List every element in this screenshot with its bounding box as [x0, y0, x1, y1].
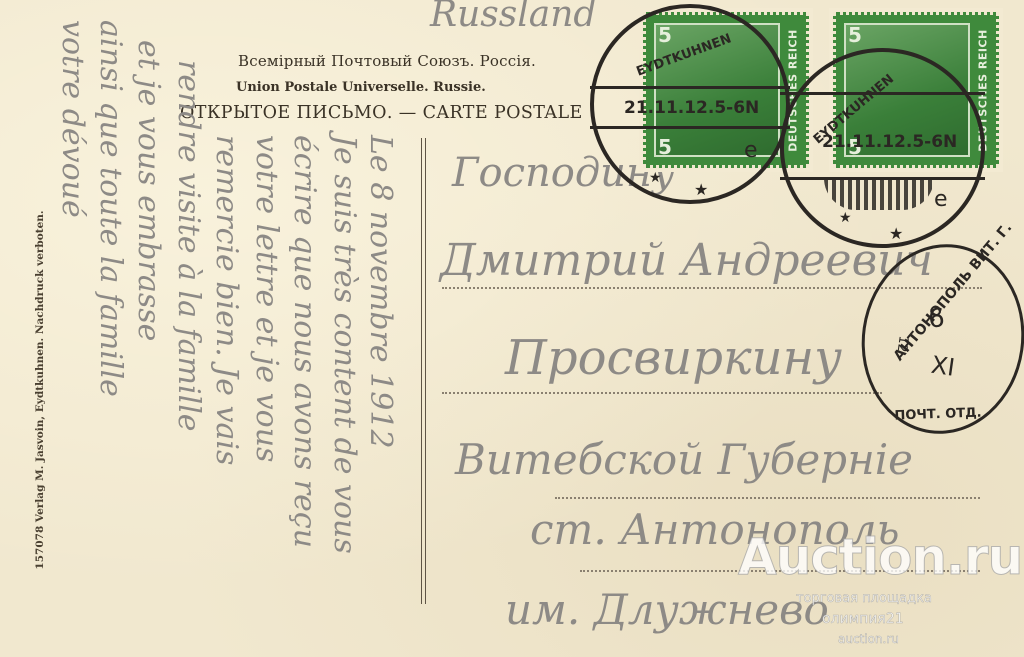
message-address-divider	[421, 138, 426, 604]
postmark-year: 12	[894, 335, 911, 353]
message-line: remercie bien. Je vais	[209, 135, 244, 465]
watermark-seller: олимпия21	[822, 611, 904, 627]
postmark-german: EYDTKUHNEN 21.11.12.5-6N e ★ ★	[780, 48, 985, 248]
postmark-german: EYDTKUHNEN 21.11.12.5-6N e ★ ★	[590, 4, 790, 204]
address-line: Витебской Губерніе	[455, 435, 913, 484]
star-icon: ★	[694, 180, 708, 199]
postmark-place: EYDTKUHNEN	[634, 31, 733, 79]
address-line-rule	[442, 392, 882, 394]
message-line: ainsi que toute la famille	[93, 20, 128, 397]
message-line: Je suis très content de vous	[327, 135, 362, 554]
postcard-back: Всемірный Почтовый Союзъ. Россія. Union …	[0, 0, 1024, 657]
star-icon: ★	[889, 224, 903, 243]
message-line: votre dévoué	[55, 20, 90, 218]
postmark-code: e	[744, 138, 758, 163]
publisher-imprint: 157078 Verlag M. Jasvoin, Eydtkuhnen. Na…	[34, 210, 46, 569]
message-line: écrire que nous avons reçu	[287, 135, 322, 548]
watermark-tagline: торговая площадка	[796, 591, 932, 606]
address-line: им. Длужнево	[505, 585, 829, 634]
postmark-bar	[590, 86, 790, 89]
message-line: Le 8 novembre 1912	[363, 135, 398, 449]
postmark-bar	[590, 126, 790, 129]
message-line: rendre visite à la famille	[171, 60, 206, 432]
address-line: Просвиркину	[505, 330, 842, 386]
message-line: votre lettre et je vous	[249, 135, 284, 462]
header-upu-french: Union Postale Universelle. Russie.	[236, 80, 486, 95]
postmark-bottom-text: ПОЧТ. ОТД.	[894, 406, 982, 424]
postmark-code: e	[934, 187, 948, 212]
star-icon: ★	[839, 210, 852, 226]
stamp-value: 5	[848, 23, 862, 47]
postmark-bar	[780, 92, 985, 95]
star-icon: ★	[649, 170, 662, 186]
header-upu-russian: Всемірный Почтовый Союзъ. Россія.	[238, 52, 536, 70]
message-line: et je vous embrasse	[131, 40, 166, 341]
postmark-hatch	[824, 178, 934, 210]
address-line-rule	[555, 497, 980, 499]
postmark-month: XI	[929, 351, 956, 382]
watermark-site: auction.ru	[838, 632, 899, 646]
watermark-brand: Auction.ru	[738, 528, 1022, 586]
postmark-day: 9	[928, 301, 946, 332]
postmark-date: 21.11.12.5-6N	[624, 98, 759, 118]
header-card-title: ОТКРЫТОЕ ПИСЬМО. — CARTE POSTALE	[180, 103, 583, 123]
handwritten-country: Russland	[430, 0, 596, 35]
postmark-date: 21.11.12.5-6N	[822, 132, 957, 152]
